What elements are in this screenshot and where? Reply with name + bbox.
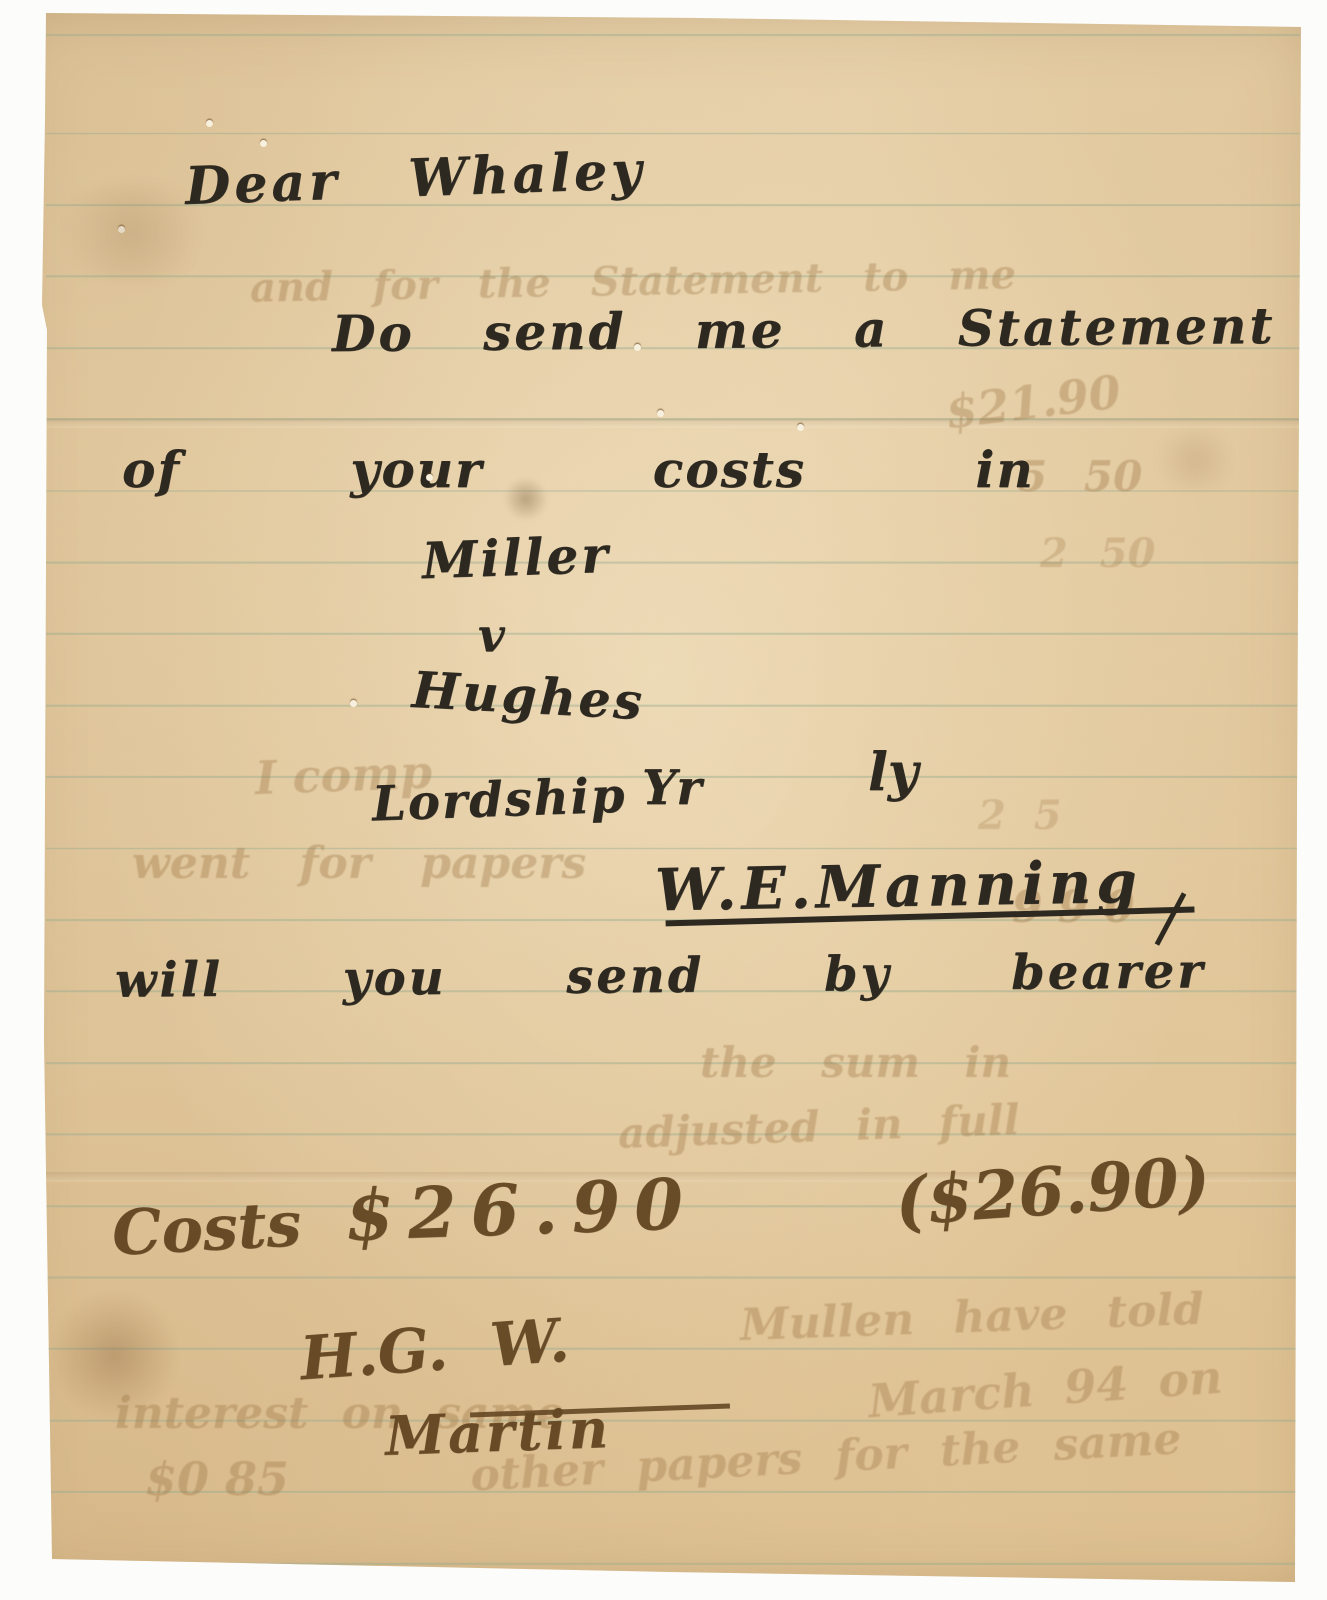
costs-label: Costs (110, 1187, 303, 1270)
ghost-text: the sum in (700, 1038, 1011, 1087)
ghost-text: went for papers (132, 838, 586, 889)
memo-name: Martin (384, 1396, 612, 1468)
scanned-letter: and for the Statement to me $21.90 5 50 … (0, 0, 1327, 1600)
closing-word-yr: Yr (642, 760, 702, 816)
case-versus: v (478, 608, 505, 662)
case-party-2: Hughes (411, 660, 647, 731)
closing-word-ly: ly (868, 742, 918, 803)
pinhole (426, 474, 433, 481)
letter-request-line: Do send me a Statement (332, 296, 1276, 363)
closing-word-lordship: Lordship (371, 768, 627, 833)
costs-amount: $26.90 (344, 1162, 699, 1257)
pinhole (634, 344, 641, 351)
stain (52, 1288, 177, 1423)
pinhole (206, 120, 213, 127)
ghost-text: 5 50 (1018, 452, 1142, 501)
case-party-1: Miller (421, 525, 611, 591)
pinhole (350, 700, 357, 707)
paper-sheet: and for the Statement to me $21.90 5 50 … (0, 0, 1327, 1600)
ghost-text: 2 50 (1040, 530, 1155, 577)
pinhole (657, 410, 664, 417)
postscript: will you send by bearer (115, 943, 1206, 1009)
letter-request-line2: of your costs in (122, 440, 1035, 499)
ghost-text: $0 85 (145, 1452, 289, 1506)
stain (1150, 430, 1240, 490)
pinhole (797, 424, 804, 431)
pinhole (260, 140, 267, 147)
ghost-text: 2 5 (978, 792, 1062, 839)
stain (503, 478, 549, 520)
signature: W.E.Manning (654, 848, 1142, 924)
stain (46, 185, 216, 280)
